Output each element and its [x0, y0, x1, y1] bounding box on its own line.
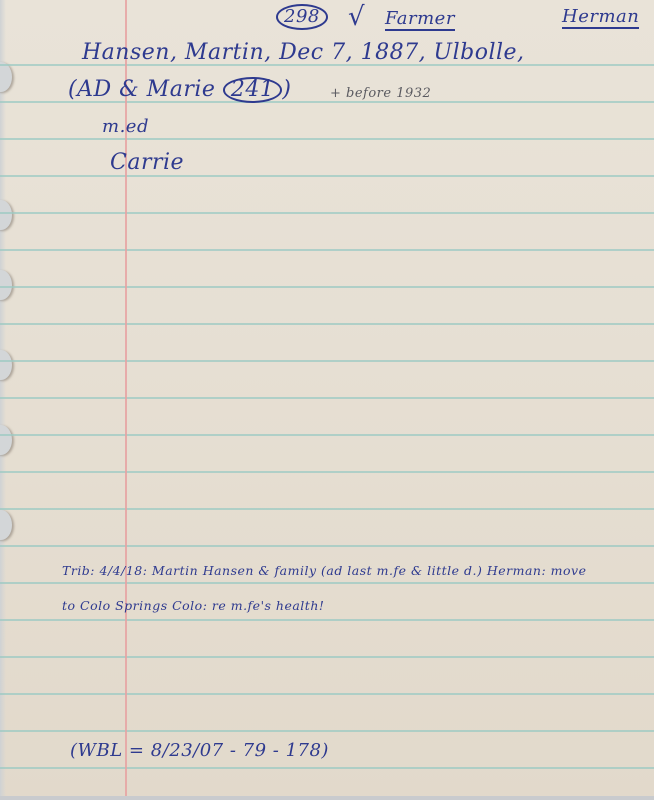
- ruled-line: [0, 138, 654, 140]
- ruled-line: [0, 656, 654, 658]
- binder-holes: [0, 0, 26, 800]
- ruled-line: [0, 175, 654, 177]
- ruled-line: [0, 767, 654, 769]
- note-line-2: to Colo Springs Colo: re m.fe's health!: [62, 598, 324, 613]
- corner-name: Herman: [562, 6, 639, 27]
- parents-names: (AD & Marie: [68, 77, 215, 102]
- ruled-line: [0, 582, 654, 584]
- torn-hole: [0, 510, 12, 540]
- ruled-line: [0, 693, 654, 695]
- torn-hole: [0, 350, 12, 380]
- notebook-page: 298 √ Farmer Herman Hansen, Martin, Dec …: [0, 0, 654, 800]
- ruled-line: [0, 471, 654, 473]
- ruled-line: [0, 286, 654, 288]
- ruled-line: [0, 730, 654, 732]
- torn-hole: [0, 270, 12, 300]
- torn-hole: [0, 425, 12, 455]
- married-label: m.ed: [102, 116, 149, 137]
- page-bottom-edge: [0, 796, 654, 800]
- ruled-line: [0, 323, 654, 325]
- parents-line: (AD & Marie 241): [68, 77, 292, 103]
- ruled-line: [0, 212, 654, 214]
- ruled-line: [0, 249, 654, 251]
- death-note: + before 1932: [330, 86, 431, 101]
- source-citation: (WBL = 8/23/07 - 79 - 178): [70, 740, 329, 761]
- torn-hole: [0, 200, 12, 230]
- ruled-line: [0, 619, 654, 621]
- occupation: Farmer: [385, 8, 455, 29]
- note-line-1: Trib: 4/4/18: Martin Hansen & family (ad…: [62, 563, 586, 578]
- record-number: 298: [276, 4, 328, 30]
- ruled-line: [0, 545, 654, 547]
- torn-hole: [0, 62, 12, 92]
- parents-record-ref: 241: [223, 77, 283, 103]
- ruled-line: [0, 434, 654, 436]
- ruled-line: [0, 508, 654, 510]
- spouse-name: Carrie: [110, 150, 184, 175]
- ruled-line: [0, 397, 654, 399]
- checkmark-icon: √: [348, 2, 365, 32]
- name-birth-line: Hansen, Martin, Dec 7, 1887, Ulbolle,: [82, 40, 525, 65]
- ruled-line: [0, 360, 654, 362]
